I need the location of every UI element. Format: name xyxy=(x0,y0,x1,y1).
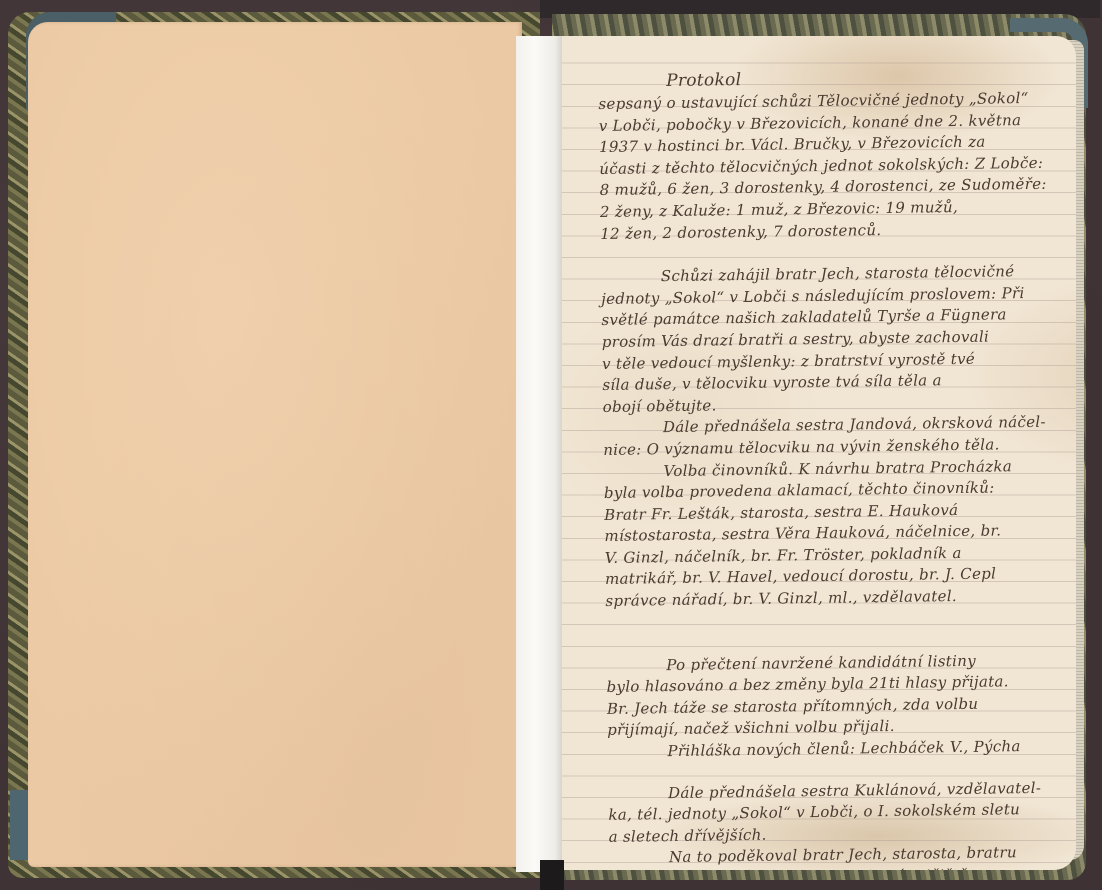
spine-shadow xyxy=(540,860,564,890)
left-page-blank xyxy=(28,22,522,867)
binding-stub-strip xyxy=(516,36,562,872)
handwritten-text: Protokol sepsaný o ustavující schůzi Těl… xyxy=(598,65,1076,870)
right-page-written: Protokol sepsaný o ustavující schůzi Těl… xyxy=(558,36,1076,870)
